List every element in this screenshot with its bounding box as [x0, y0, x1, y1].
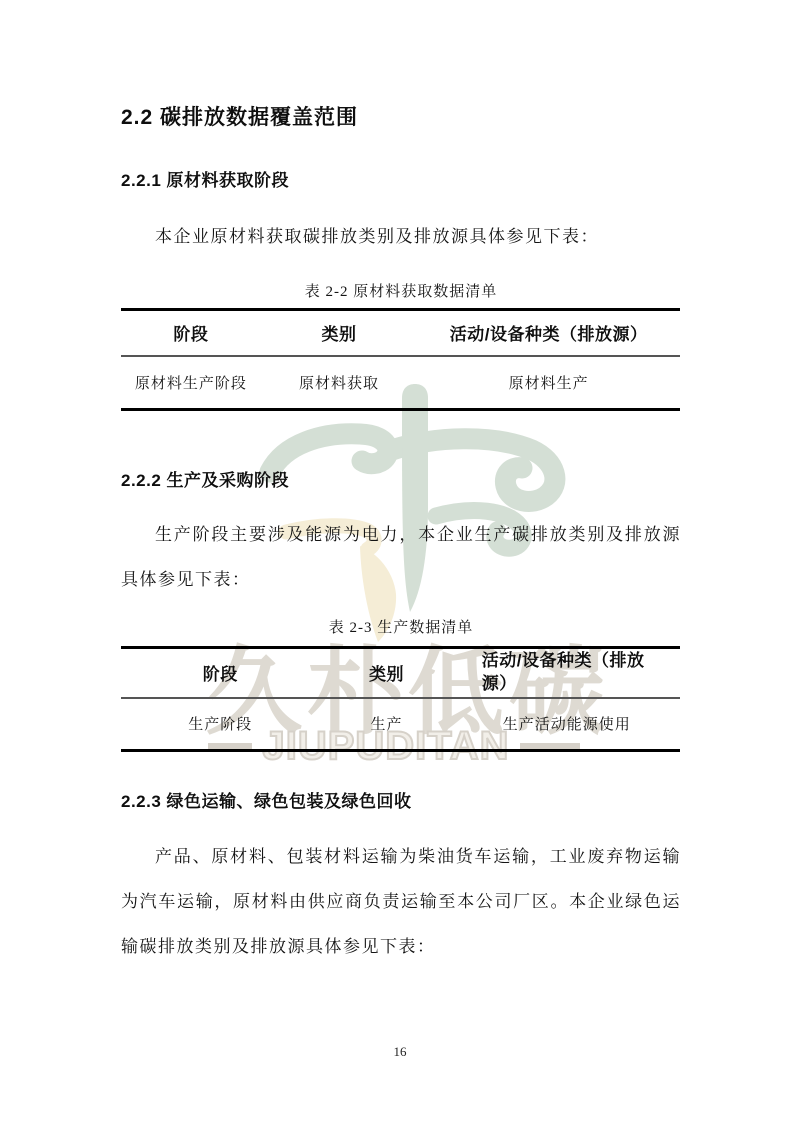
cell-category: 生产 [319, 698, 453, 751]
cell-activity: 原材料生产 [417, 356, 680, 410]
table-row: 生产阶段 生产 生产活动能源使用 [121, 698, 680, 751]
page-content: 2.2 碳排放数据覆盖范围 2.2.1 原材料获取阶段 本企业原材料获取碳排放类… [0, 0, 800, 1132]
table-header-row: 阶段 类别 活动/设备种类（排放源） [121, 648, 680, 698]
table-header-row: 阶段 类别 活动/设备种类（排放源） [121, 310, 680, 356]
table-raw-material-data: 阶段 类别 活动/设备种类（排放源） 原材料生产阶段 原材料获取 原材料生产 [121, 308, 680, 411]
cell-stage: 生产阶段 [121, 698, 319, 751]
section-heading-2-2: 2.2 碳排放数据覆盖范围 [121, 101, 681, 131]
column-header-stage: 阶段 [121, 310, 261, 356]
cell-activity: 生产活动能源使用 [454, 698, 680, 751]
paragraph-production: 生产阶段主要涉及能源为电力，本企业生产碳排放类别及排放源具体参见下表： [121, 512, 681, 602]
table-2-3-caption: 表 2-3 生产数据清单 [121, 616, 681, 637]
cell-category: 原材料获取 [261, 356, 418, 410]
subsection-heading-2-2-1: 2.2.1 原材料获取阶段 [121, 166, 681, 191]
column-header-category: 类别 [319, 648, 453, 698]
table-2-2-caption: 表 2-2 原材料获取数据清单 [121, 280, 681, 301]
paragraph-green-transport: 产品、原材料、包装材料运输为柴油货车运输，工业废弃物运输为汽车运输，原材料由供应… [121, 834, 681, 969]
column-header-activity-text: 活动/设备种类（排放源） [482, 650, 652, 696]
column-header-activity: 活动/设备种类（排放源） [417, 310, 680, 356]
column-header-category: 类别 [261, 310, 418, 356]
subsection-heading-2-2-2: 2.2.2 生产及采购阶段 [121, 466, 681, 491]
table-production-data: 阶段 类别 活动/设备种类（排放源） 生产阶段 生产 生产活动能源使用 [121, 646, 680, 752]
column-header-activity: 活动/设备种类（排放源） [454, 648, 680, 698]
cell-stage: 原材料生产阶段 [121, 356, 261, 410]
page-number: 16 [0, 1044, 800, 1060]
subsection-heading-2-2-3: 2.2.3 绿色运输、绿色包装及绿色回收 [121, 787, 681, 812]
document-page: 久朴低碳 JIUPUDITAN 2.2 碳排放数据覆盖范围 2.2.1 原材料获… [0, 0, 800, 1132]
table-row: 原材料生产阶段 原材料获取 原材料生产 [121, 356, 680, 410]
column-header-stage: 阶段 [121, 648, 319, 698]
paragraph-raw-material: 本企业原材料获取碳排放类别及排放源具体参见下表： [121, 214, 681, 259]
